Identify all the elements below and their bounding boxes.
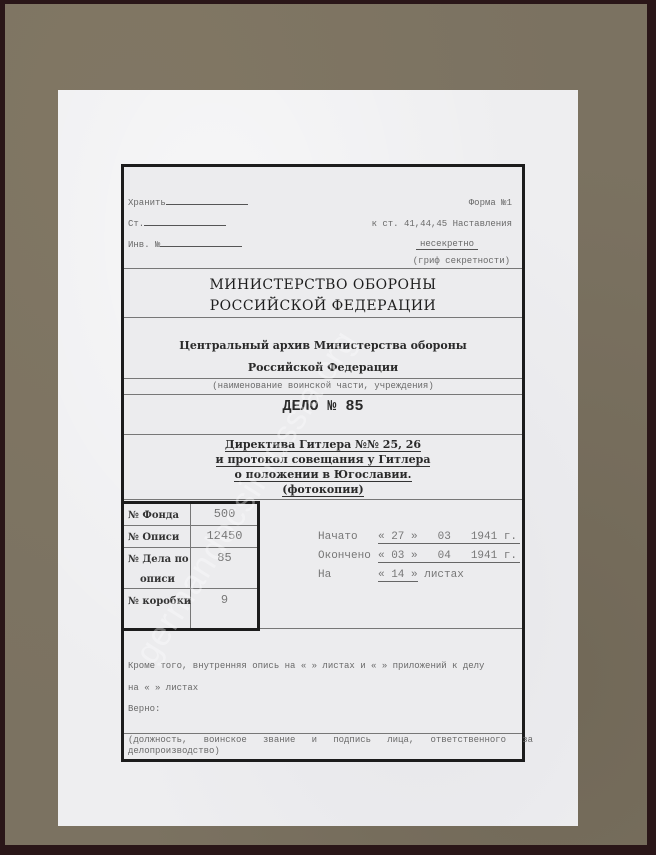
sheets-count: « 14 » xyxy=(378,569,418,582)
table-row: № Фонда 500 xyxy=(124,504,257,526)
ministry-line-1: МИНИСТЕРСТВО ОБОРОНЫ xyxy=(124,275,522,296)
archive-line-2: Российской Федерации xyxy=(124,357,522,379)
sheets-suffix: листах xyxy=(424,569,464,581)
delo-label-2: описи xyxy=(140,574,175,585)
fond-label: № Фонда xyxy=(128,510,179,521)
table-row: № коробки 9 xyxy=(124,589,257,631)
verified-label: Верно: xyxy=(128,704,160,714)
box-value: 9 xyxy=(192,593,257,607)
ministry-title: МИНИСТЕРСТВО ОБОРОНЫ РОССИЙСКОЙ ФЕДЕРАЦИ… xyxy=(124,275,522,317)
st-label: Ст. xyxy=(128,219,144,229)
ministry-line-2: РОССИЙСКОЙ ФЕДЕРАЦИИ xyxy=(124,296,522,317)
divider xyxy=(124,434,522,435)
started-day: « 27 » xyxy=(378,531,418,543)
signature-caption-line-2: делопроизводство) xyxy=(128,746,518,757)
secrecy-caption: (гриф секретности) xyxy=(413,256,510,266)
ended-day: « 03 » xyxy=(378,550,418,562)
signature-caption-line-1: (должность, воинское звание и подпись ли… xyxy=(128,735,518,746)
case-description: Директива Гитлера №№ 25, 26 и протокол с… xyxy=(124,437,522,497)
case-title: ДЕЛО № 85 xyxy=(124,398,522,415)
fond-value: 500 xyxy=(192,507,257,521)
form-reference: к ст. 41,44,45 Наставления xyxy=(372,219,512,229)
box-label: № коробки xyxy=(128,596,191,607)
description-line-2: и протокол совещания у Гитлера xyxy=(216,453,431,467)
archive-name: Центральный архив Министерства обороны Р… xyxy=(124,335,522,379)
signature-caption: (должность, воинское звание и подпись ли… xyxy=(128,735,518,757)
started-month: 03 xyxy=(438,531,451,543)
sheets-label: На xyxy=(318,569,378,581)
ended-month: 04 xyxy=(438,550,451,562)
started-row: Начато« 27 »031941 г. xyxy=(318,531,520,544)
archive-line-1: Центральный архив Министерства обороны xyxy=(124,335,522,357)
table-row: № Описи 12450 xyxy=(124,526,257,548)
divider xyxy=(124,378,522,379)
delo-label: № Дела по xyxy=(128,554,189,565)
ended-year: 1941 г. xyxy=(471,550,517,562)
inv-label: Инв. № xyxy=(128,240,160,250)
divider xyxy=(124,733,522,734)
sheets-row: На« 14 » листах xyxy=(318,569,464,582)
description-line-3: о положении в Югославии. xyxy=(234,468,411,482)
sheets-line: на « » листах xyxy=(128,683,198,693)
delo-value: 85 xyxy=(192,551,257,565)
started-year: 1941 г. xyxy=(471,531,517,543)
secrecy-value: несекретно xyxy=(416,239,478,250)
divider xyxy=(260,628,522,629)
divider xyxy=(124,317,522,318)
divider xyxy=(124,268,522,269)
keep-field: Хранить xyxy=(128,198,248,208)
form-number: Форма №1 xyxy=(469,198,512,208)
opis-value: 12450 xyxy=(192,529,257,543)
description-line-1: Директива Гитлера №№ 25, 26 xyxy=(225,438,421,452)
opis-label: № Описи xyxy=(128,532,179,543)
divider xyxy=(124,499,522,500)
unit-caption: (наименование воинской части, учреждения… xyxy=(124,381,522,391)
description-line-4: (фотокопии) xyxy=(282,483,363,497)
case-cover-form: Хранить Ст. Инв. № Форма №1 к ст. 41,44,… xyxy=(121,164,525,762)
keep-label: Хранить xyxy=(128,198,166,208)
registry-table: № Фонда 500 № Описи 12450 № Дела по опис… xyxy=(124,501,260,631)
started-label: Начато xyxy=(318,531,378,543)
inv-field: Инв. № xyxy=(128,240,242,250)
divider xyxy=(124,394,522,395)
ended-label: Окончено xyxy=(318,550,378,562)
table-row: № Дела по описи 85 xyxy=(124,548,257,589)
st-field: Ст. xyxy=(128,219,226,229)
ended-row: Окончено« 03 »041941 г. xyxy=(318,550,520,563)
inventory-line: Кроме того, внутренняя опись на « » лист… xyxy=(128,661,484,671)
